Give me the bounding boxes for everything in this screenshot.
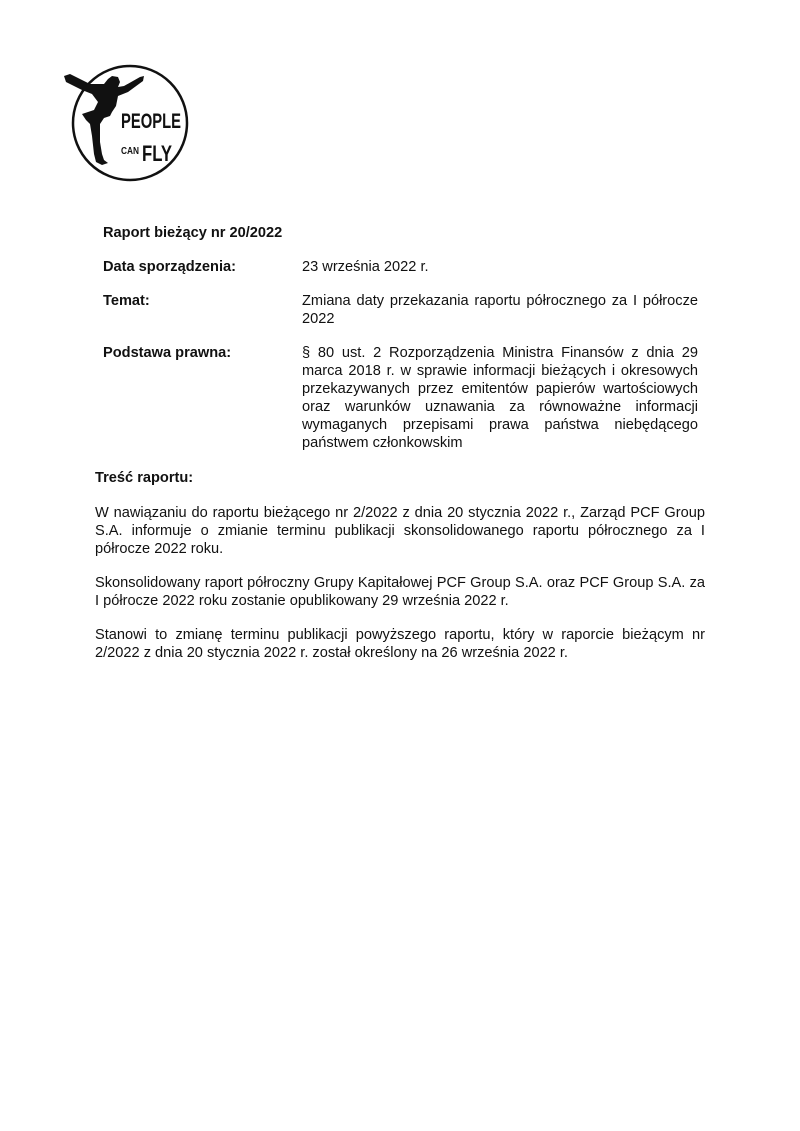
company-logo: PEOPLE CAN FLY: [60, 62, 195, 184]
field-date-label: Data sporządzenia:: [103, 258, 303, 276]
field-legal-basis-value: § 80 ust. 2 Rozporządzenia Ministra Fina…: [302, 344, 698, 452]
content-heading: Treść raportu:: [95, 469, 193, 487]
field-subject-label: Temat:: [103, 292, 303, 310]
content-paragraph: Stanowi to zmianę terminu publikacji pow…: [95, 626, 705, 662]
field-subject-value: Zmiana daty przekazania raportu półroczn…: [302, 292, 698, 328]
field-legal-basis-label: Podstawa prawna:: [103, 344, 303, 362]
content-paragraph: Skonsolidowany raport półroczny Grupy Ka…: [95, 574, 705, 610]
logo-text-fly: FLY: [142, 141, 172, 166]
logo-text-people: PEOPLE: [121, 110, 181, 133]
content-paragraph: W nawiązaniu do raportu bieżącego nr 2/2…: [95, 504, 705, 558]
report-title: Raport bieżący nr 20/2022: [103, 224, 282, 242]
logo-text-can: CAN: [121, 146, 139, 157]
people-can-fly-logo-icon: PEOPLE CAN FLY: [60, 62, 195, 184]
field-date-value: 23 września 2022 r.: [302, 258, 698, 276]
